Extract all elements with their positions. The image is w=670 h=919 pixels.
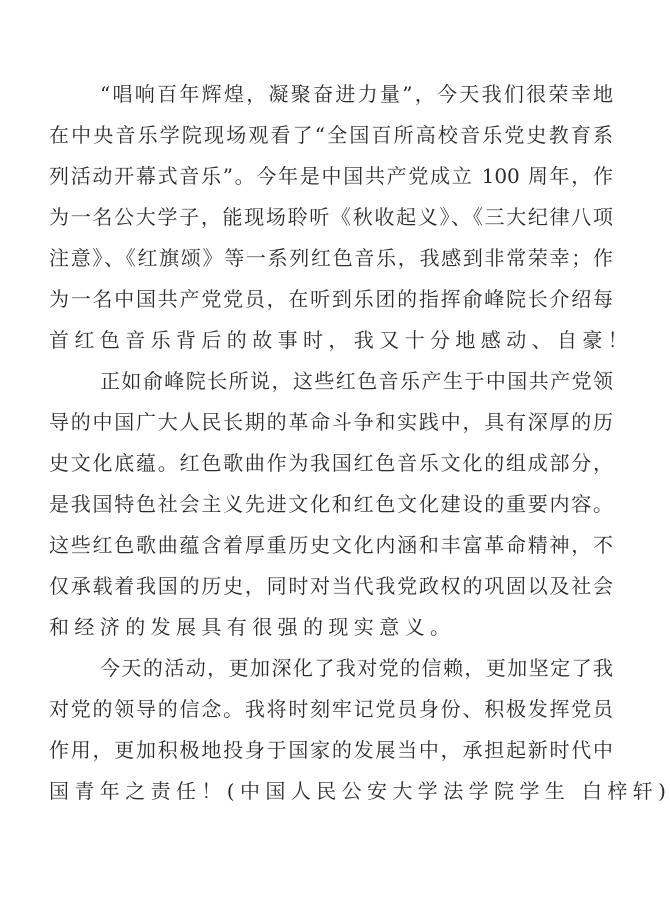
text-line: 是我国特色社会主义先进文化和红色文化建设的重要内容。	[49, 484, 613, 525]
text-line: 仅承载着我国的历史，同时对当代我党政权的巩固以及社会	[49, 566, 613, 607]
text-line: 和经济的发展具有很强的现实意义。	[49, 607, 613, 648]
paragraph-2: 正如俞峰院长所说，这些红色音乐产生于中国共产党领 导的中国广大人民长期的革命斗争…	[49, 361, 613, 648]
text-line: 在中央音乐学院现场观看了“全国百所高校音乐党史教育系	[49, 115, 613, 156]
text-line: 今天的活动，更加深化了我对党的信赖，更加坚定了我	[49, 648, 613, 689]
text-line: 导的中国广大人民长期的革命斗争和实践中，具有深厚的历	[49, 402, 613, 443]
text-line: 首红色音乐背后的故事时，我又十分地感动、自豪！	[49, 320, 613, 361]
text-line: 为一名公大学子，能现场聆听《秋收起义》、《三大纪律八项	[49, 197, 613, 238]
paragraph-1: “唱响百年辉煌，凝聚奋进力量”，今天我们很荣幸地 在中央音乐学院现场观看了“全国…	[49, 74, 613, 361]
text-line-with-author-signature: 国青年之责任！(中国人民公安大学法学院学生 白梓轩)	[49, 771, 613, 812]
text-line: 为一名中国共产党党员，在听到乐团的指挥俞峰院长介绍每	[49, 279, 613, 320]
text-line: 这些红色歌曲蕴含着厚重历史文化内涵和丰富革命精神，不	[49, 525, 613, 566]
text-line: 正如俞峰院长所说，这些红色音乐产生于中国共产党领	[49, 361, 613, 402]
text-line: 注意》、《红旗颂》等一系列红色音乐，我感到非常荣幸；作	[49, 238, 613, 279]
text-line: 列活动开幕式音乐”。今年是中国共产党成立 100 周年，作	[49, 156, 613, 197]
scanned-document-page: “唱响百年辉煌，凝聚奋进力量”，今天我们很荣幸地 在中央音乐学院现场观看了“全国…	[0, 0, 670, 919]
paragraph-3: 今天的活动，更加深化了我对党的信赖，更加坚定了我 对党的领导的信念。我将时刻牢记…	[49, 648, 613, 812]
text-line: 作用，更加积极地投身于国家的发展当中，承担起新时代中	[49, 730, 613, 771]
text-line: 史文化底蕴。红色歌曲作为我国红色音乐文化的组成部分，	[49, 443, 613, 484]
document-body: “唱响百年辉煌，凝聚奋进力量”，今天我们很荣幸地 在中央音乐学院现场观看了“全国…	[49, 74, 613, 812]
text-line: “唱响百年辉煌，凝聚奋进力量”，今天我们很荣幸地	[49, 74, 613, 115]
text-line: 对党的领导的信念。我将时刻牢记党员身份、积极发挥党员	[49, 689, 613, 730]
